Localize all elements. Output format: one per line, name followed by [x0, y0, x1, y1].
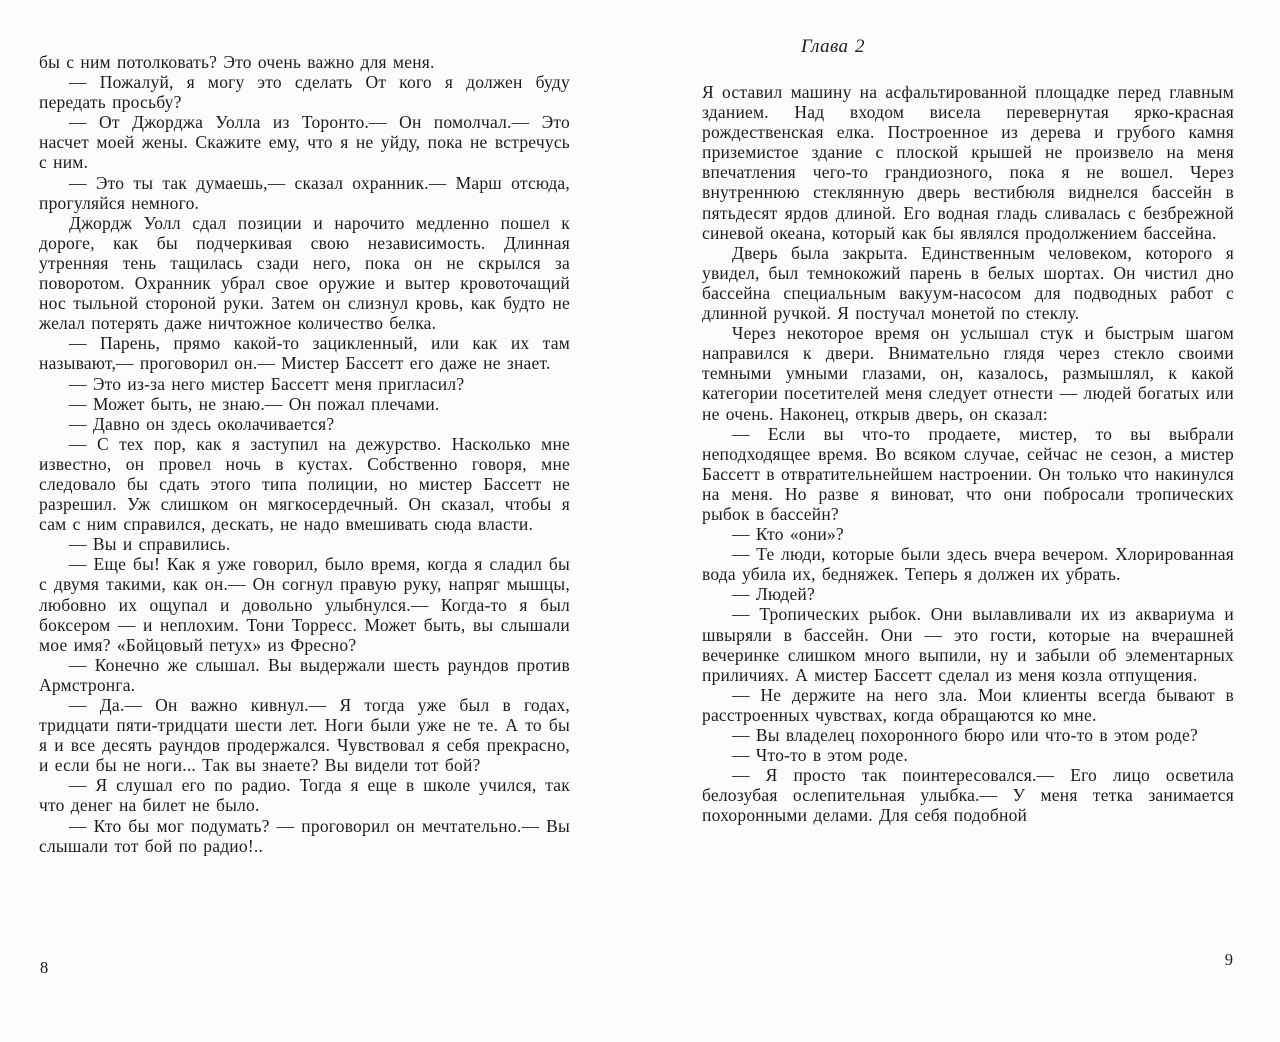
page-number-left: 8: [40, 959, 48, 977]
paragraph: Дверь была закрыта. Единственным человек…: [702, 243, 1234, 323]
book-spread: бы с ним потолковать? Это очень важно дл…: [0, 0, 1280, 1042]
paragraph: — Давно он здесь околачивается?: [39, 414, 570, 434]
paragraph: — Это из-за него мистер Бассетт меня при…: [39, 374, 570, 394]
paragraph: — Людей?: [702, 584, 1234, 604]
paragraph: — Еще бы! Как я уже говорил, было время,…: [39, 554, 570, 654]
paragraph: — С тех пор, как я заступил на дежурство…: [39, 434, 570, 534]
paragraph: бы с ним потолковать? Это очень важно дл…: [39, 52, 570, 72]
right-page: Глава 2 Я оставил машину на асфальтирова…: [702, 36, 1234, 825]
paragraph: — Да.— Он важно кивнул.— Я тогда уже был…: [39, 695, 570, 775]
paragraph: — Если вы что-то продаете, мистер, то вы…: [702, 424, 1234, 524]
paragraph: — Кто бы мог подумать? — проговорил он м…: [39, 816, 570, 856]
paragraph: — Тропических рыбок. Они вылавливали их …: [702, 604, 1234, 684]
paragraph: — Может быть, не знаю.— Он пожал плечами…: [39, 394, 570, 414]
paragraph: — Те люди, которые были здесь вчера вече…: [702, 544, 1234, 584]
paragraph: Я оставил машину на асфальтированной пло…: [702, 82, 1234, 243]
paragraph: — Парень, прямо какой-то зацикленный, ил…: [39, 333, 570, 373]
paragraph: — Вы владелец похоронного бюро или что-т…: [702, 725, 1234, 745]
paragraph: — Я слушал его по радио. Тогда я еще в ш…: [39, 775, 570, 815]
paragraph: — Что-то в этом роде.: [702, 745, 1234, 765]
paragraph: — От Джорджа Уолла из Торонто.— Он помол…: [39, 112, 570, 172]
paragraph: — Кто «они»?: [702, 524, 1234, 544]
paragraph: — Я просто так поинтересовался.— Его лиц…: [702, 765, 1234, 825]
paragraph: — Пожалуй, я могу это сделать От кого я …: [39, 72, 570, 112]
paragraph: Джордж Уолл сдал позиции и нарочито медл…: [39, 213, 570, 334]
paragraph: — Вы и справились.: [39, 534, 570, 554]
paragraph: — Не держите на него зла. Мои клиенты вс…: [702, 685, 1234, 725]
paragraph: — Конечно же слышал. Вы выдержали шесть …: [39, 655, 570, 695]
chapter-heading: Глава 2: [801, 36, 1234, 58]
paragraph: Через некоторое время он услышал стук и …: [702, 323, 1234, 423]
left-page: бы с ним потолковать? Это очень важно дл…: [39, 52, 570, 856]
page-number-right: 9: [702, 951, 1233, 969]
paragraph: — Это ты так думаешь,— сказал охранник.—…: [39, 173, 570, 213]
right-page-text: Я оставил машину на асфальтированной пло…: [702, 82, 1234, 825]
